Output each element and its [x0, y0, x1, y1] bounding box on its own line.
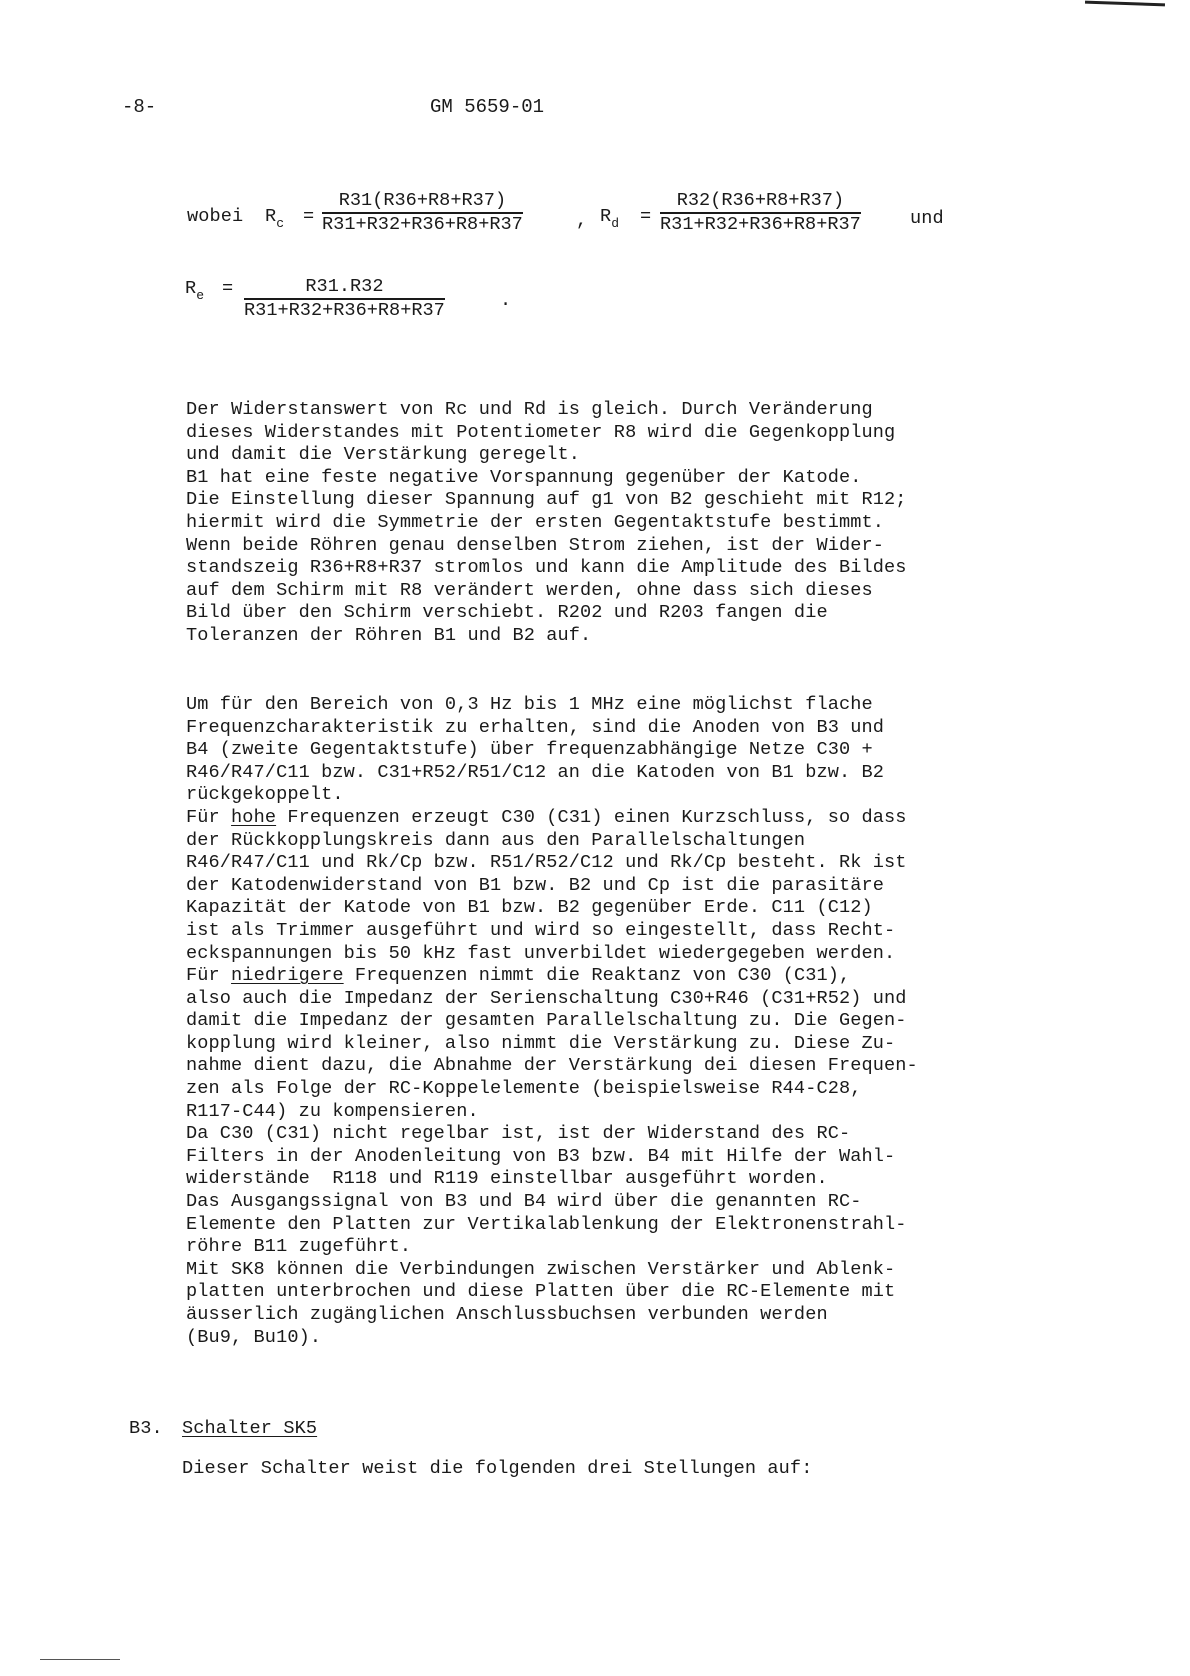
- text-line: Die Einstellung dieser Spannung auf g1 v…: [186, 489, 1046, 512]
- rd-numerator: R32(R36+R8+R37): [660, 190, 861, 214]
- text-line: rückgekoppelt.: [186, 784, 1046, 807]
- text-line: B1 hat eine feste negative Vorspannung g…: [186, 467, 1046, 490]
- text-line: kopplung wird kleiner, also nimmt die Ve…: [186, 1033, 1046, 1056]
- emphasis-hohe: hohe: [231, 807, 276, 828]
- text-line: zen als Folge der RC-Koppelelemente (bei…: [186, 1078, 1046, 1101]
- text-line: Bild über den Schirm verschiebt. R202 un…: [186, 602, 1046, 625]
- text-line: röhre B11 zugeführt.: [186, 1236, 1046, 1259]
- section-number: B3.: [129, 1418, 163, 1441]
- rc-denominator: R31+R32+R36+R8+R37: [322, 214, 523, 236]
- text-line: R117-C44) zu kompensieren.: [186, 1101, 1046, 1124]
- equals-sign: =: [640, 206, 651, 229]
- text-line: R46/R47/C11 bzw. C31+R52/R51/C12 an die …: [186, 762, 1046, 785]
- scan-artifact-bottom: [40, 1659, 120, 1660]
- paragraph-niedrigere-frequenzen: Für niedrigere Frequenzen nimmt die Reak…: [186, 965, 1046, 1349]
- paragraph-hohe-frequenzen: Für hohe Frequenzen erzeugt C30 (C31) ei…: [186, 807, 1046, 965]
- text-line: standszeig R36+R8+R37 stromlos und kann …: [186, 557, 1046, 580]
- re-denominator: R31+R32+R36+R8+R37: [244, 300, 445, 322]
- text-line: Der Widerstanswert von Rc und Rd is glei…: [186, 399, 1046, 422]
- text-line: widerstände R118 und R119 einstellbar au…: [186, 1168, 1046, 1191]
- text-line: Wenn beide Röhren genau denselben Strom …: [186, 535, 1046, 558]
- formula-und: und: [910, 208, 944, 231]
- text-line: platten unterbrochen und diese Platten ü…: [186, 1281, 1046, 1304]
- text-line: B4 (zweite Gegentaktstufe) über frequenz…: [186, 739, 1046, 762]
- text-line: Elemente den Platten zur Vertikalablenku…: [186, 1214, 1046, 1237]
- text-line: Frequenzcharakteristik zu erhalten, sind…: [186, 717, 1046, 740]
- text-line: der Katodenwiderstand von B1 bzw. B2 und…: [186, 875, 1046, 898]
- period: .: [500, 290, 511, 313]
- section-title: Schalter SK5: [182, 1418, 317, 1441]
- rd-symbol: Rd: [600, 206, 619, 230]
- text-line: (Bu9, Bu10).: [186, 1327, 1046, 1350]
- equals-sign: =: [222, 278, 233, 301]
- text-line: der Rückkopplungskreis dann aus den Para…: [186, 830, 1046, 853]
- formula-intro: wobei: [187, 206, 243, 229]
- text-line: Da C30 (C31) nicht regelbar ist, ist der…: [186, 1123, 1046, 1146]
- text-line: ist als Trimmer ausgeführt und wird so e…: [186, 920, 1046, 943]
- text-line: dieses Widerstandes mit Potentiometer R8…: [186, 422, 1046, 445]
- text-line: R46/R47/C11 und Rk/Cp bzw. R51/R52/C12 u…: [186, 852, 1046, 875]
- scan-artifact-top: [1085, 1, 1165, 7]
- paragraph-frequenz: Um für den Bereich von 0,3 Hz bis 1 MHz …: [186, 694, 1046, 807]
- text-line: Um für den Bereich von 0,3 Hz bis 1 MHz …: [186, 694, 1046, 717]
- rc-fraction: R31(R36+R8+R37) R31+R32+R36+R8+R37: [322, 190, 523, 236]
- section-intro: Dieser Schalter weist die folgenden drei…: [182, 1458, 812, 1481]
- text-line: Kapazität der Katode von B1 bzw. B2 gege…: [186, 897, 1046, 920]
- paragraph-widerstand: Der Widerstanswert von Rc und Rd is glei…: [186, 399, 1046, 648]
- rd-fraction: R32(R36+R8+R37) R31+R32+R36+R8+R37: [660, 190, 861, 236]
- re-symbol: Re: [185, 278, 204, 302]
- text-line: damit die Impedanz der gesamten Parallel…: [186, 1010, 1046, 1033]
- re-numerator: R31.R32: [244, 276, 445, 300]
- re-fraction: R31.R32 R31+R32+R36+R8+R37: [244, 276, 445, 322]
- text-line: Filters in der Anodenleitung von B3 bzw.…: [186, 1146, 1046, 1169]
- text-line: Toleranzen der Röhren B1 und B2 auf.: [186, 625, 1046, 648]
- comma: ,: [576, 210, 587, 233]
- text-line: Das Ausgangssignal von B3 und B4 wird üb…: [186, 1191, 1046, 1214]
- text-line: nahme dient dazu, die Abnahme der Verstä…: [186, 1055, 1046, 1078]
- rd-denominator: R31+R32+R36+R8+R37: [660, 214, 861, 236]
- equals-sign: =: [303, 206, 314, 229]
- text-line: auf dem Schirm mit R8 verändert werden, …: [186, 580, 1046, 603]
- rc-numerator: R31(R36+R8+R37): [322, 190, 523, 214]
- page-number: -8-: [122, 96, 156, 118]
- emphasis-niedrigere: niedrigere: [231, 965, 344, 986]
- text-line: Mit SK8 können die Verbindungen zwischen…: [186, 1259, 1046, 1282]
- text-line: und damit die Verstärkung geregelt.: [186, 444, 1046, 467]
- rc-symbol: Rc: [265, 206, 284, 230]
- text-line: also auch die Impedanz der Serienschaltu…: [186, 988, 1046, 1011]
- text-line: Für niedrigere Frequenzen nimmt die Reak…: [186, 965, 1046, 988]
- text-line: äusserlich zugänglichen Anschlussbuchsen…: [186, 1304, 1046, 1327]
- text-line: hiermit wird die Symmetrie der ersten Ge…: [186, 512, 1046, 535]
- document-id: GM 5659-01: [430, 96, 544, 118]
- text-line: Für hohe Frequenzen erzeugt C30 (C31) ei…: [186, 807, 1046, 830]
- text-line: eckspannungen bis 50 kHz fast unverbilde…: [186, 943, 1046, 966]
